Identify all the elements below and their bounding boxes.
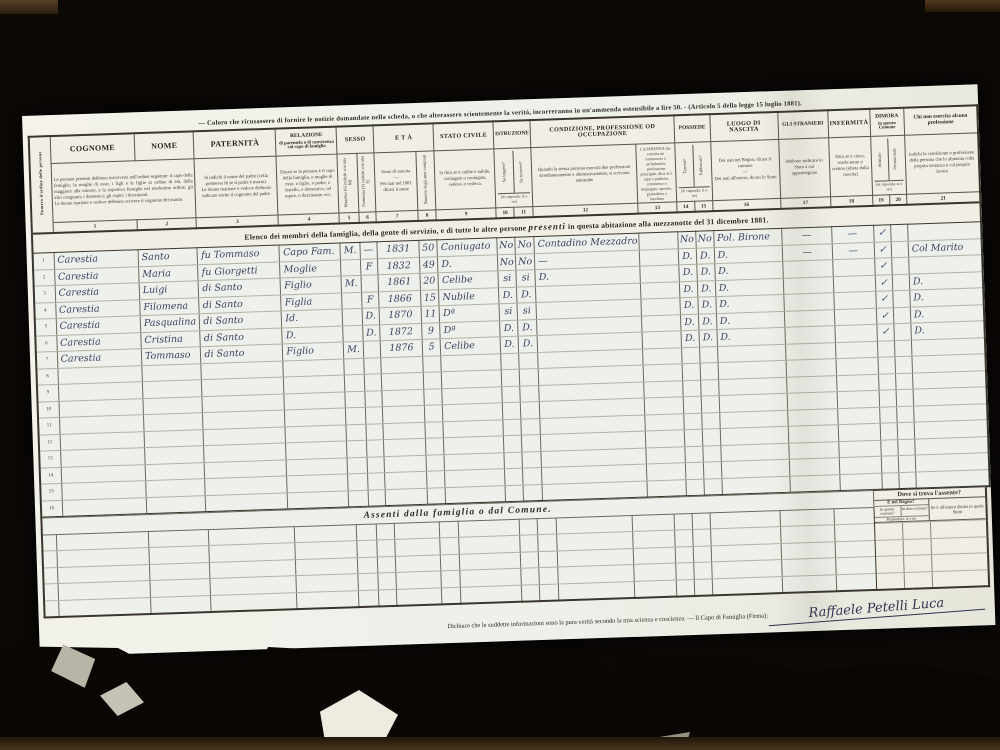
empty-cell bbox=[294, 524, 357, 543]
empty-cell bbox=[779, 508, 834, 526]
data-cell bbox=[442, 386, 502, 404]
data-cell bbox=[895, 356, 912, 373]
empty-cell bbox=[396, 587, 442, 605]
data-cell: ✓ bbox=[873, 225, 891, 242]
empty-cell bbox=[781, 558, 836, 576]
data-cell bbox=[640, 265, 679, 283]
data-cell bbox=[642, 314, 681, 332]
data-cell: — bbox=[781, 227, 832, 245]
empty-cell bbox=[376, 523, 395, 540]
data-cell: D. bbox=[499, 287, 518, 304]
data-cell bbox=[835, 324, 877, 342]
data-cell: ✓ bbox=[876, 307, 894, 324]
data-cell bbox=[703, 462, 721, 479]
data-cell: No bbox=[497, 237, 516, 254]
data-cell bbox=[788, 441, 839, 459]
empty-cell bbox=[440, 554, 460, 571]
row-number-cell: 6 bbox=[35, 335, 57, 352]
data-cell bbox=[833, 275, 875, 293]
empty-cell bbox=[149, 579, 210, 597]
data-cell: si bbox=[516, 270, 536, 287]
empty-cell bbox=[782, 574, 837, 593]
data-cell bbox=[364, 374, 382, 391]
data-cell bbox=[442, 370, 502, 388]
empty-cell bbox=[674, 530, 693, 547]
data-cell bbox=[879, 406, 897, 423]
data-cell bbox=[894, 323, 911, 340]
data-cell bbox=[285, 408, 347, 427]
data-cell bbox=[345, 374, 365, 391]
data-cell bbox=[348, 473, 368, 490]
data-cell: D. bbox=[517, 286, 537, 303]
data-cell bbox=[643, 347, 682, 365]
data-cell: Figlia bbox=[281, 292, 343, 311]
data-cell bbox=[501, 353, 520, 370]
data-cell bbox=[892, 274, 909, 291]
empty-cell bbox=[394, 538, 440, 556]
data-cell: Figlio bbox=[283, 342, 345, 361]
data-cell bbox=[880, 423, 898, 440]
row-number-cell: 2 bbox=[33, 269, 55, 286]
data-cell: 1866 bbox=[379, 290, 421, 308]
data-cell bbox=[146, 479, 206, 497]
data-cell: D. bbox=[697, 280, 715, 297]
data-cell bbox=[686, 479, 704, 497]
istruzione-subcolumns: Sa leggere?Sa scrivere?(Si risponda: sì … bbox=[494, 148, 533, 208]
data-cell bbox=[382, 389, 424, 407]
data-cell: ✓ bbox=[874, 258, 892, 275]
data-cell bbox=[423, 355, 442, 372]
data-cell bbox=[682, 347, 700, 364]
data-cell bbox=[833, 258, 875, 276]
data-cell bbox=[504, 435, 523, 452]
data-cell bbox=[784, 326, 835, 344]
data-cell bbox=[640, 281, 679, 299]
data-cell: No bbox=[515, 253, 535, 270]
empty-cell bbox=[439, 521, 459, 538]
data-cell bbox=[381, 356, 423, 374]
empty-cell bbox=[537, 534, 557, 551]
data-cell bbox=[523, 484, 543, 502]
data-cell bbox=[368, 489, 386, 507]
data-cell bbox=[837, 390, 879, 408]
data-cell bbox=[384, 455, 426, 473]
empty-cell bbox=[836, 573, 877, 591]
data-cell bbox=[505, 468, 524, 485]
row-number-cell: 11 bbox=[38, 417, 60, 434]
data-cell: Celibe bbox=[438, 271, 498, 289]
data-cell: D. bbox=[679, 264, 697, 281]
data-cell: — bbox=[831, 225, 873, 243]
data-cell bbox=[839, 456, 881, 474]
data-cell bbox=[523, 467, 543, 484]
empty-cell bbox=[42, 551, 57, 568]
empty-cell bbox=[439, 537, 459, 554]
data-cell: Tommaso bbox=[141, 347, 201, 365]
col-sesso: SESSO bbox=[336, 125, 374, 154]
empty-cell bbox=[376, 539, 395, 556]
data-cell bbox=[897, 406, 914, 423]
data-cell bbox=[835, 341, 877, 359]
data-cell bbox=[704, 478, 722, 496]
data-cell bbox=[502, 402, 521, 419]
empty-cell bbox=[377, 572, 396, 589]
empty-cell bbox=[693, 545, 712, 562]
col-luogo-nascita: LUOGO DI NASCITA bbox=[709, 112, 778, 142]
col-nome: NOME bbox=[134, 131, 194, 160]
data-cell: D. bbox=[362, 324, 380, 341]
absent-location-box: Dove si trova l'assente? È nel Regno? In… bbox=[873, 487, 989, 590]
data-cell: 1831 bbox=[377, 240, 419, 258]
data-cell: 49 bbox=[419, 256, 438, 273]
data-cell: Id. bbox=[282, 309, 344, 328]
data-cell bbox=[365, 407, 383, 424]
data-cell bbox=[343, 325, 363, 342]
census-sheet-paper: — Coloro che ricusassero di fornire le n… bbox=[22, 84, 995, 656]
empty-cell bbox=[692, 529, 711, 546]
data-cell bbox=[425, 438, 444, 455]
data-cell bbox=[286, 457, 348, 476]
cognome-description: Le persone presenti debbono inscriversi … bbox=[51, 159, 197, 223]
data-cell bbox=[789, 474, 840, 493]
data-cell bbox=[834, 291, 876, 309]
data-cell: si bbox=[499, 303, 518, 320]
data-cell bbox=[893, 307, 910, 324]
data-cell: ✓ bbox=[874, 241, 892, 258]
data-cell bbox=[840, 473, 882, 491]
empty-cell bbox=[296, 590, 359, 609]
data-cell bbox=[443, 419, 503, 437]
data-cell bbox=[425, 421, 444, 438]
data-cell: Maria bbox=[138, 264, 198, 282]
empty-cell bbox=[378, 589, 397, 607]
eta-anni-compiuti: Numero degli anni compiuti bbox=[416, 151, 436, 211]
data-cell bbox=[443, 403, 503, 421]
data-cell bbox=[347, 457, 367, 474]
data-cell bbox=[836, 357, 878, 375]
data-cell: D. bbox=[362, 308, 380, 325]
data-cell bbox=[839, 440, 881, 458]
data-cell bbox=[646, 463, 685, 481]
data-cell bbox=[646, 446, 685, 464]
empty-cell bbox=[210, 592, 297, 612]
data-cell bbox=[891, 224, 908, 241]
dimora-subcolumns: AbitualeOccasionale(Si risponda: sì o no… bbox=[870, 135, 906, 195]
data-cell bbox=[142, 380, 202, 398]
data-cell bbox=[785, 342, 836, 360]
data-cell bbox=[700, 379, 718, 396]
col-istruzione: ISTRUZIONE bbox=[493, 120, 531, 149]
data-cell bbox=[521, 418, 541, 435]
data-cell: Dª bbox=[439, 304, 499, 322]
data-cell bbox=[426, 471, 445, 488]
data-cell bbox=[787, 392, 838, 410]
data-cell bbox=[892, 257, 909, 274]
data-cell bbox=[834, 308, 876, 326]
empty-cell bbox=[358, 589, 379, 607]
absent-box-grid bbox=[874, 519, 988, 589]
la-persona-description: LA PERSONA che esercita un commercio o u… bbox=[636, 143, 677, 203]
row-number-cell: 13 bbox=[39, 450, 61, 467]
row-number-cell: 8 bbox=[36, 368, 58, 385]
data-cell bbox=[144, 446, 204, 464]
data-cell bbox=[502, 386, 521, 403]
data-cell bbox=[700, 363, 718, 380]
data-cell bbox=[363, 357, 381, 374]
empty-cell bbox=[538, 551, 558, 568]
stato-description: Si dica se è celibe o nubile, coniugato … bbox=[434, 149, 496, 210]
data-cell bbox=[142, 363, 202, 381]
data-cell bbox=[782, 260, 833, 278]
empty-cell bbox=[538, 567, 558, 584]
data-cell bbox=[382, 405, 424, 423]
condizione-description: Quando la stessa persona esercita due pr… bbox=[531, 144, 638, 206]
data-cell: ✓ bbox=[875, 291, 893, 308]
data-cell: Dª bbox=[440, 320, 500, 338]
data-cell: D. bbox=[680, 314, 698, 331]
empty-cell bbox=[357, 556, 378, 573]
data-cell: 1870 bbox=[379, 306, 421, 324]
empty-cell bbox=[693, 562, 712, 579]
data-cell bbox=[367, 473, 385, 490]
row-number-cell: 14 bbox=[40, 467, 62, 484]
data-cell: ✓ bbox=[876, 324, 894, 341]
data-cell: D. bbox=[518, 319, 538, 336]
empty-cell bbox=[395, 571, 441, 589]
declaration-text: Dichiaro che le suddette informazioni so… bbox=[447, 613, 768, 631]
row-number-cell: 9 bbox=[37, 384, 59, 401]
empty-cell bbox=[633, 547, 676, 565]
census-table: Numero d'ordine delle persone COGNOME NO… bbox=[28, 104, 991, 518]
col-paternita: PATERNITÀ bbox=[194, 129, 277, 159]
data-cell bbox=[881, 456, 899, 473]
data-cell bbox=[145, 462, 205, 480]
data-cell: ✓ bbox=[875, 274, 893, 291]
data-cell bbox=[521, 434, 541, 451]
data-cell bbox=[144, 429, 204, 447]
data-cell: No bbox=[515, 237, 535, 254]
data-cell: M. bbox=[341, 275, 361, 292]
data-cell bbox=[683, 380, 701, 397]
absent-box-estero: Se è all'estero dicasi in quale Stato bbox=[929, 497, 986, 520]
empty-cell bbox=[460, 585, 522, 604]
empty-cell bbox=[395, 554, 441, 572]
empty-cell bbox=[692, 512, 711, 529]
data-cell bbox=[505, 485, 524, 503]
data-cell: D. bbox=[698, 297, 716, 314]
data-cell bbox=[445, 469, 505, 487]
data-cell bbox=[522, 451, 542, 468]
data-cell bbox=[898, 439, 915, 456]
empty-cell bbox=[780, 525, 835, 543]
data-cell bbox=[361, 275, 379, 292]
empty-cell bbox=[459, 568, 521, 587]
empty-cell bbox=[43, 567, 58, 584]
empty-cell bbox=[519, 535, 538, 552]
empty-cell bbox=[676, 579, 695, 597]
empty-cell bbox=[394, 521, 440, 539]
empty-cell bbox=[558, 581, 635, 601]
data-cell bbox=[685, 446, 703, 463]
row-number-cell: 3 bbox=[34, 286, 56, 303]
data-cell bbox=[685, 462, 703, 479]
row-number-cell: 12 bbox=[39, 434, 61, 451]
col-cognome: COGNOME bbox=[50, 133, 135, 163]
data-cell: Celibe bbox=[440, 337, 500, 355]
data-cell bbox=[146, 495, 206, 514]
empty-cell bbox=[295, 557, 358, 576]
data-cell bbox=[891, 241, 908, 258]
data-cell bbox=[643, 364, 682, 382]
data-cell: M. bbox=[344, 341, 364, 358]
empty-cell bbox=[441, 587, 461, 605]
row-number-cell: 5 bbox=[35, 318, 57, 335]
data-cell bbox=[682, 363, 700, 380]
data-cell: Figlio bbox=[280, 276, 342, 295]
luogo-description: Dei nati nel Regno, dicasi il comune — D… bbox=[710, 139, 780, 200]
sesso-femmina: Femmina (Si indichi con una F) bbox=[357, 153, 376, 213]
data-cell bbox=[424, 388, 443, 405]
data-cell bbox=[642, 331, 681, 349]
empty-cell bbox=[377, 556, 396, 573]
empty-cell bbox=[835, 540, 876, 558]
data-cell bbox=[701, 396, 719, 413]
data-cell bbox=[445, 485, 505, 504]
empty-cell bbox=[357, 573, 378, 590]
empty-cell bbox=[440, 570, 460, 587]
data-cell bbox=[684, 429, 702, 446]
paternita-description: Si indichi il nome del padre (colla prem… bbox=[194, 156, 278, 218]
data-cell: 9 bbox=[422, 322, 441, 339]
data-cell: Luigi bbox=[139, 281, 199, 299]
data-cell bbox=[702, 429, 720, 446]
wood-table-edge-bottom bbox=[0, 737, 1000, 750]
empty-cell bbox=[833, 507, 874, 525]
data-cell: 1861 bbox=[378, 273, 420, 291]
data-cell: Capo Fam. bbox=[279, 243, 341, 262]
data-cell bbox=[346, 407, 366, 424]
chi-description: indichi la condizione o professione dell… bbox=[904, 133, 980, 194]
data-cell: F bbox=[360, 258, 378, 275]
data-cell: D. bbox=[699, 330, 717, 347]
data-cell bbox=[349, 490, 369, 508]
data-cell bbox=[877, 340, 895, 357]
empty-cell bbox=[835, 556, 876, 574]
infermita-description: Dica se è cieco, sordo-muto o cretino (i… bbox=[828, 136, 872, 196]
empty-cell bbox=[150, 595, 211, 614]
empty-cell bbox=[675, 562, 694, 579]
relazione-description: Dicasi se la persona è il capo della fam… bbox=[276, 154, 339, 215]
data-cell bbox=[143, 396, 203, 414]
empty-cell bbox=[356, 540, 377, 557]
data-cell: D. bbox=[438, 254, 498, 272]
data-cell bbox=[347, 440, 367, 457]
data-cell bbox=[881, 472, 899, 490]
data-cell bbox=[644, 397, 683, 415]
empty-cell bbox=[44, 600, 59, 617]
data-cell bbox=[898, 455, 915, 472]
data-cell: D. bbox=[282, 325, 344, 344]
empty-cell bbox=[459, 552, 521, 571]
data-cell: M. bbox=[340, 242, 360, 259]
data-cell bbox=[367, 456, 385, 473]
empty-cell bbox=[520, 568, 539, 585]
data-cell bbox=[878, 373, 896, 390]
empty-cell bbox=[633, 563, 676, 581]
data-cell bbox=[444, 436, 504, 454]
data-cell bbox=[501, 369, 520, 386]
col-eta: E T À bbox=[373, 123, 434, 152]
data-cell bbox=[342, 292, 362, 309]
data-cell: No bbox=[696, 231, 714, 248]
empty-cell bbox=[148, 529, 209, 547]
data-cell: 1876 bbox=[380, 339, 422, 357]
data-cell bbox=[365, 390, 383, 407]
col-stranieri: GLI STRANIERI bbox=[777, 110, 828, 139]
signature: Raffaele Petelli Luca bbox=[768, 593, 986, 627]
data-cell: 50 bbox=[419, 240, 438, 257]
empty-cell bbox=[295, 574, 358, 593]
data-cell bbox=[381, 372, 423, 390]
row-number-cell: 15 bbox=[40, 483, 62, 500]
data-cell bbox=[787, 408, 838, 426]
empty-cell bbox=[539, 583, 559, 601]
row-number-cell: 4 bbox=[34, 302, 56, 319]
data-cell: D. bbox=[518, 336, 538, 353]
col-chi-non-esercita: Chi non esercita alcuna professione bbox=[904, 105, 979, 135]
data-cell bbox=[520, 385, 540, 402]
data-cell bbox=[879, 390, 897, 407]
data-cell bbox=[366, 440, 384, 457]
data-cell: — bbox=[782, 243, 833, 261]
data-cell bbox=[343, 308, 363, 325]
data-cell bbox=[897, 422, 914, 439]
data-cell bbox=[288, 490, 350, 509]
data-cell bbox=[786, 375, 837, 393]
empty-cell bbox=[675, 546, 694, 563]
data-cell: D. bbox=[680, 297, 698, 314]
census-photo: { "colors":{"background":"#0b0806","pape… bbox=[0, 0, 1000, 750]
census-table-body: Elenco dei membri della famiglia, della … bbox=[32, 202, 990, 517]
col-possiede: POSSIEDE bbox=[674, 114, 711, 143]
data-cell bbox=[519, 352, 539, 369]
data-cell: D. bbox=[678, 248, 696, 265]
data-cell bbox=[284, 375, 346, 394]
data-cell bbox=[789, 458, 840, 476]
data-cell bbox=[346, 424, 366, 441]
wood-table-edge-top-left bbox=[0, 0, 58, 14]
data-cell: D. bbox=[500, 320, 519, 337]
row-number-cell: 7 bbox=[36, 351, 58, 368]
data-cell bbox=[344, 358, 364, 375]
empty-cell bbox=[712, 576, 783, 595]
empty-cell bbox=[694, 578, 713, 596]
data-cell: No bbox=[678, 231, 696, 248]
col-stato-civile: STATO CIVILE bbox=[433, 121, 494, 150]
empty-cell bbox=[294, 541, 357, 560]
data-cell: D. bbox=[500, 336, 519, 353]
data-cell bbox=[878, 357, 896, 374]
data-cell bbox=[894, 340, 911, 357]
data-cell bbox=[645, 430, 684, 448]
data-cell bbox=[424, 405, 443, 422]
data-cell bbox=[520, 402, 540, 419]
data-cell: 11 bbox=[421, 306, 440, 323]
data-cell bbox=[441, 353, 501, 371]
data-cell bbox=[345, 391, 365, 408]
data-cell bbox=[385, 488, 427, 506]
row-number-cell: 10 bbox=[37, 401, 59, 418]
